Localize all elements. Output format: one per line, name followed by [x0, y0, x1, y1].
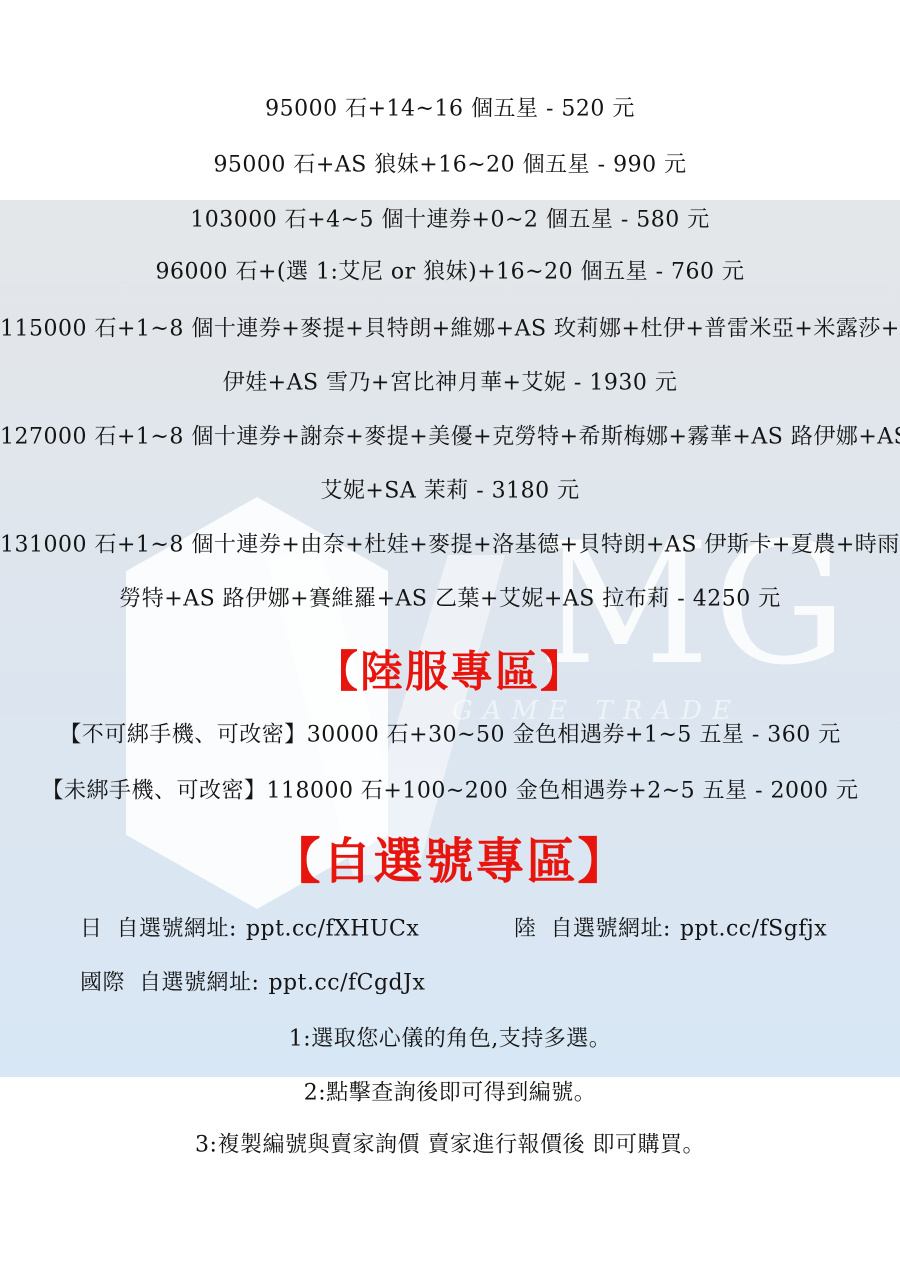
region-label: 陸 — [514, 917, 537, 942]
custom-pick-url-jp[interactable]: ppt.cc/fXHUCx — [246, 917, 419, 942]
custom-pick-url-cn[interactable]: ppt.cc/fSgfjx — [680, 917, 827, 942]
section-heading-custom-pick: 【自選號專區】 — [0, 823, 900, 893]
link-label: 自選號網址: — [551, 917, 671, 942]
step-line-1: 1:選取您心儀的角色,支持多選。 — [0, 1022, 900, 1053]
price-line-wrap: 艾妮+SA 茉莉 - 3180 元 — [0, 474, 900, 505]
link-row-cn: 陸自選號網址:ppt.cc/fSgfjx — [514, 912, 827, 943]
section-heading-cn-server: 【陸服專區】 — [0, 639, 900, 700]
price-line: 131000 石+1~8 個十連券+由奈+杜娃+麥提+洛基德+貝特朗+AS 伊斯… — [0, 528, 900, 559]
price-list-poster: MG GAME TRADE 95000 石+14~16 個五星 - 520 元 … — [0, 0, 900, 1273]
price-line: 127000 石+1~8 個十連券+謝奈+麥提+美優+克勞特+希斯梅娜+霧華+A… — [0, 420, 900, 451]
price-line: 【未綁手機、可改密】118000 石+100~200 金色相遇券+2~5 五星 … — [0, 774, 900, 805]
price-line-wrap: 伊娃+AS 雪乃+宮比神月華+艾妮 - 1930 元 — [0, 366, 900, 397]
custom-pick-url-global[interactable]: ppt.cc/fCgdJx — [268, 971, 425, 996]
link-label: 自選號網址: — [117, 917, 237, 942]
price-line: 95000 石+14~16 個五星 - 520 元 — [0, 92, 900, 123]
link-label: 自選號網址: — [139, 971, 259, 996]
region-label: 國際 — [80, 971, 125, 996]
price-line: 115000 石+1~8 個十連券+麥提+貝特朗+維娜+AS 玫莉娜+杜伊+普雷… — [0, 312, 900, 343]
price-line: 103000 石+4~5 個十連券+0~2 個五星 - 580 元 — [0, 203, 900, 234]
link-row-jp: 日自選號網址:ppt.cc/fXHUCx — [80, 912, 419, 943]
region-label: 日 — [80, 917, 103, 942]
price-line: 96000 石+(選 1:艾尼 or 狼妹)+16~20 個五星 - 760 元 — [0, 255, 900, 286]
step-line-3: 3:複製編號與賣家詢價 賣家進行報價後 即可購買。 — [0, 1128, 900, 1159]
price-line: 【不可綁手機、可改密】30000 石+30~50 金色相遇券+1~5 五星 - … — [0, 718, 900, 749]
link-row-global: 國際自選號網址:ppt.cc/fCgdJx — [80, 966, 425, 997]
step-line-2: 2:點擊查詢後即可得到編號。 — [0, 1076, 900, 1107]
price-line-wrap: 勞特+AS 路伊娜+賽維羅+AS 乙葉+艾妮+AS 拉布莉 - 4250 元 — [0, 582, 900, 613]
price-line: 95000 石+AS 狼妹+16~20 個五星 - 990 元 — [0, 148, 900, 179]
